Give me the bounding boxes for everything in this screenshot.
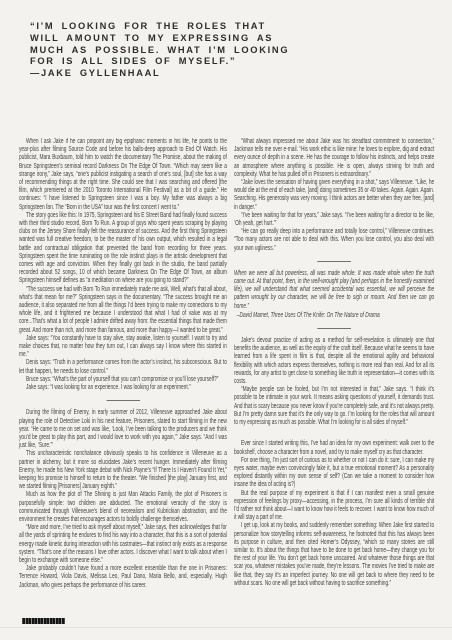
body-paragraph: But the real purpose of my experiment is… (234, 490, 434, 523)
pull-quote-line: FOR IS ALL SIDES OF MYSELF.” (30, 56, 330, 68)
pull-quote-line: “I’M LOOKING FOR THE ROLES THAT (30, 21, 330, 33)
body-paragraph: Much as how the plot of The Shining is j… (19, 491, 227, 524)
body-paragraph: Bruce says: “What’s the part of yourself… (19, 376, 227, 384)
footer-tag (22, 618, 65, 624)
mamet-quote: When we were all but powerless, all was … (234, 270, 434, 320)
body-paragraph: “Maybe people can be fooled, but I’m not… (234, 386, 434, 427)
body-paragraph: “The success we had with Born To Run imm… (19, 286, 227, 335)
body-paragraph: “Jake loves the sensation of having give… (234, 179, 434, 212)
body-paragraph: Jake probably couldn’t have found a more… (19, 565, 227, 590)
magazine-article-page: “I’M LOOKING FOR THE ROLES THAT WILL AMO… (0, 0, 452, 640)
article-column-right: “What always impressed me about Jake was… (234, 138, 434, 588)
body-paragraph: “I’ve been waiting for that for years,” … (234, 212, 434, 228)
body-paragraph: When I ask Jake if he can pinpoint any b… (19, 138, 227, 212)
page-edge-line (0, 627, 452, 628)
section-gap (234, 427, 434, 440)
body-paragraph: “More and more, I’ve tried to ask myself… (19, 524, 227, 565)
section-divider (106, 400, 140, 401)
body-paragraph: Jake says: “You constantly have to stay … (19, 335, 227, 360)
body-paragraph: I get up, look at my books, and suddenly… (234, 522, 434, 588)
body-paragraph: Denis says: “Truth in a performance come… (19, 359, 227, 375)
article-column-left: When I ask Jake if he can pinpoint any b… (19, 138, 227, 590)
body-paragraph: Ever since I started writing this, I’ve … (234, 440, 434, 456)
section-divider (317, 328, 351, 329)
pull-quote-line: MUCH AS POSSIBLE. WHAT I’M LOOKING (30, 45, 330, 57)
section-divider (317, 261, 351, 262)
mamet-quote-text: When we were all but powerless, all was … (234, 270, 434, 311)
body-paragraph: For one thing, I’m just sort of curious … (234, 457, 434, 490)
body-paragraph: “What always impressed me about Jake was… (234, 138, 434, 179)
body-paragraph: Jake says: “I was looking for an experie… (19, 384, 227, 392)
body-paragraph: The story goes like this: In 1975, Sprin… (19, 212, 227, 286)
pull-quote-attribution: —JAKE GYLLENHAAL (30, 68, 330, 80)
pull-quote: “I’M LOOKING FOR THE ROLES THAT WILL AMO… (30, 21, 330, 80)
body-paragraph: This uncharacteristic nonchalance obviou… (19, 450, 227, 491)
body-paragraph: Jake’s devout practice of acting as a me… (234, 337, 434, 386)
mamet-quote-attribution: –David Mamet, Three Uses Of The Knife: O… (234, 312, 434, 320)
pull-quote-line: WILL AMOUNT TO MY EXPRESSING AS (30, 33, 330, 45)
body-paragraph: “He can go really deep into a performanc… (234, 228, 434, 253)
body-paragraph: During the filming of Enemy, in early su… (19, 409, 227, 450)
